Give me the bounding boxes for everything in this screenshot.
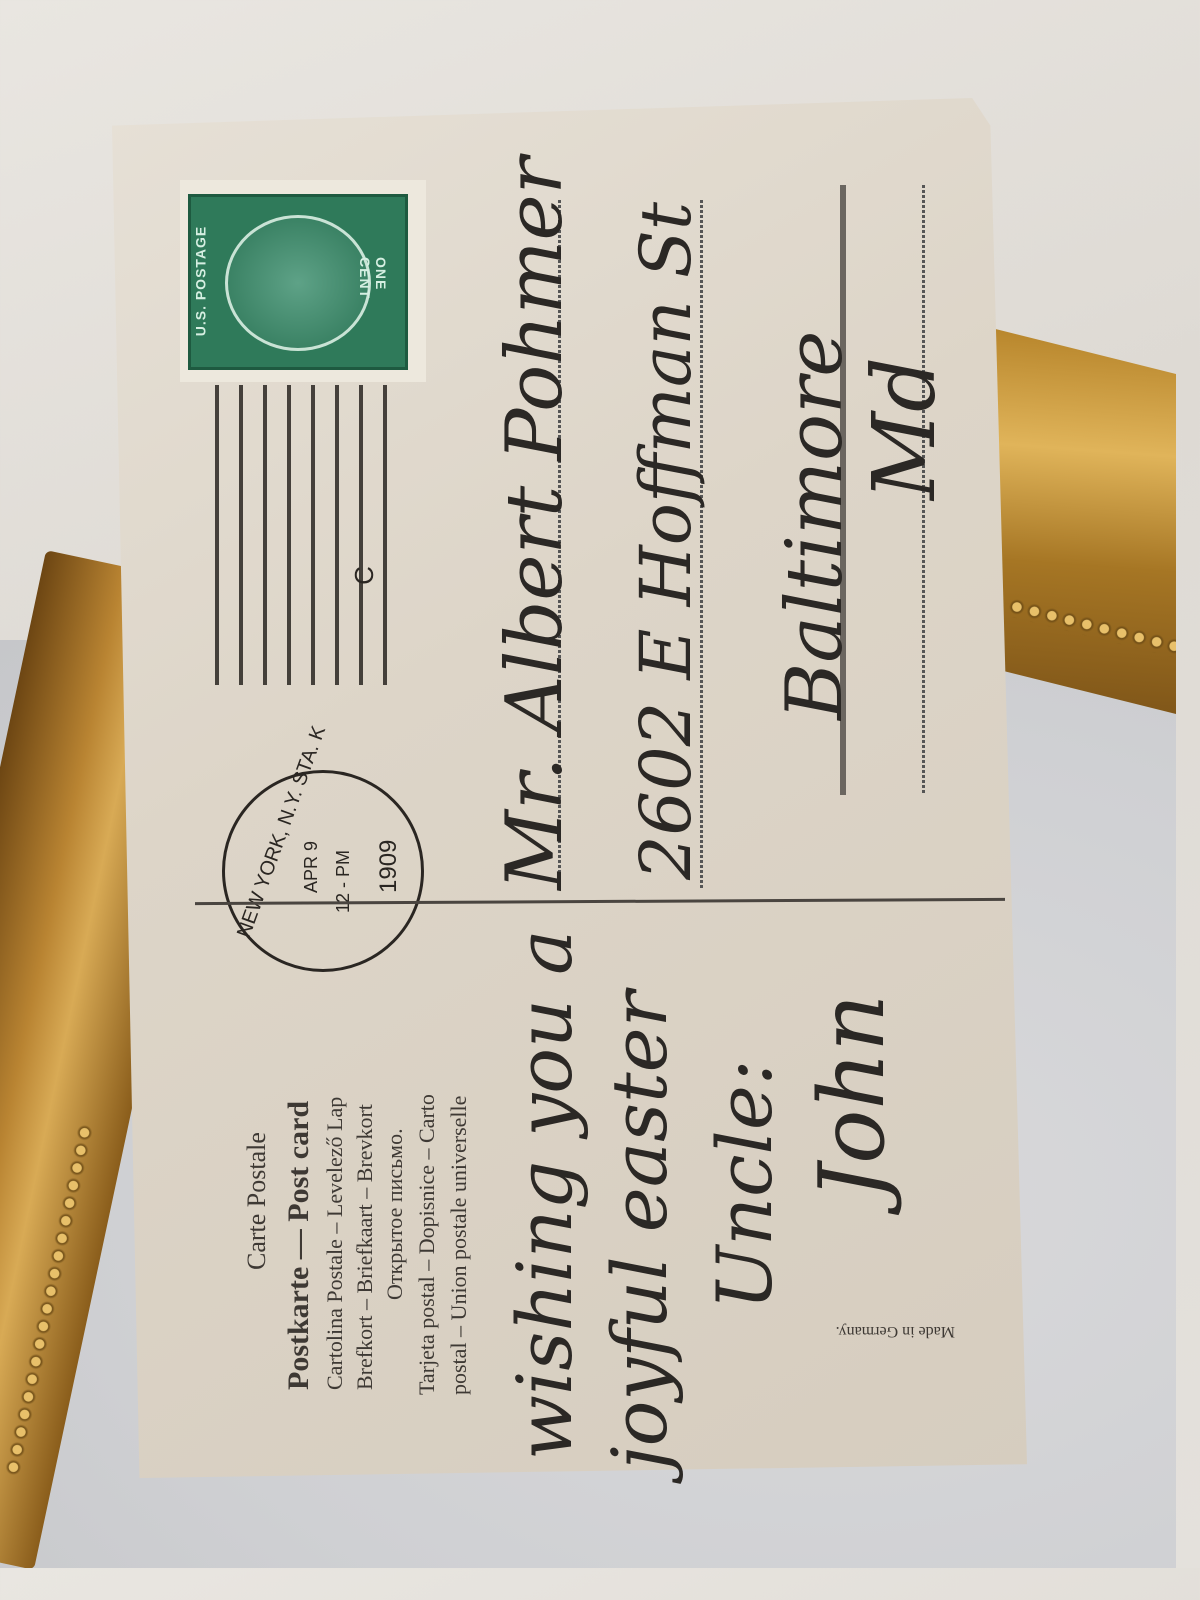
header-line-4: Brefkort – Briefkaart – Brevkort bbox=[352, 1104, 378, 1390]
postmark-circle: NEW YORK, N.Y. STA. K APR 9 12 - PM 1909 bbox=[222, 770, 424, 972]
message-line-3: Uncle: bbox=[700, 1060, 789, 1310]
header-line-7: postal – Union postale universelle bbox=[446, 1096, 472, 1395]
message-line-1: wishing you a bbox=[500, 930, 589, 1460]
postmark-date: APR 9 bbox=[301, 841, 322, 893]
wavy-cancel-lines bbox=[195, 385, 395, 685]
gold-frame-right bbox=[990, 328, 1176, 733]
message-line-2: joyful easter bbox=[595, 991, 684, 1470]
postage-stamp: U.S. POSTAGE ONE CENT bbox=[180, 180, 426, 382]
postmark-year: 1909 bbox=[375, 840, 403, 893]
address-line-3: Baltimore bbox=[770, 331, 860, 720]
header-line-5: Открытое письмо. bbox=[382, 1128, 408, 1300]
header-line-1: Carte Postale bbox=[242, 1132, 272, 1270]
header-line-6: Tarjeta postal – Dopisnice – Carto bbox=[414, 1094, 440, 1395]
printer-mark: Made in Germany. bbox=[836, 1322, 955, 1340]
portrait-icon bbox=[225, 215, 371, 351]
header-line-2: Postkarte — Post card bbox=[282, 1101, 316, 1390]
header-line-3: Cartolina Postale – Levelező Lap bbox=[322, 1097, 348, 1390]
address-line-2: 2602 E Hoffman St bbox=[625, 202, 707, 880]
address-line-1: Mr. Albert Pohmer bbox=[490, 157, 580, 890]
stamp-top-label: U.S. POSTAGE bbox=[192, 226, 208, 337]
message-line-4: John bbox=[800, 994, 905, 1200]
address-line-4: Md bbox=[855, 357, 955, 500]
stamp-bottom-label: ONE CENT bbox=[357, 257, 389, 321]
cancel-letter: C bbox=[349, 566, 380, 585]
